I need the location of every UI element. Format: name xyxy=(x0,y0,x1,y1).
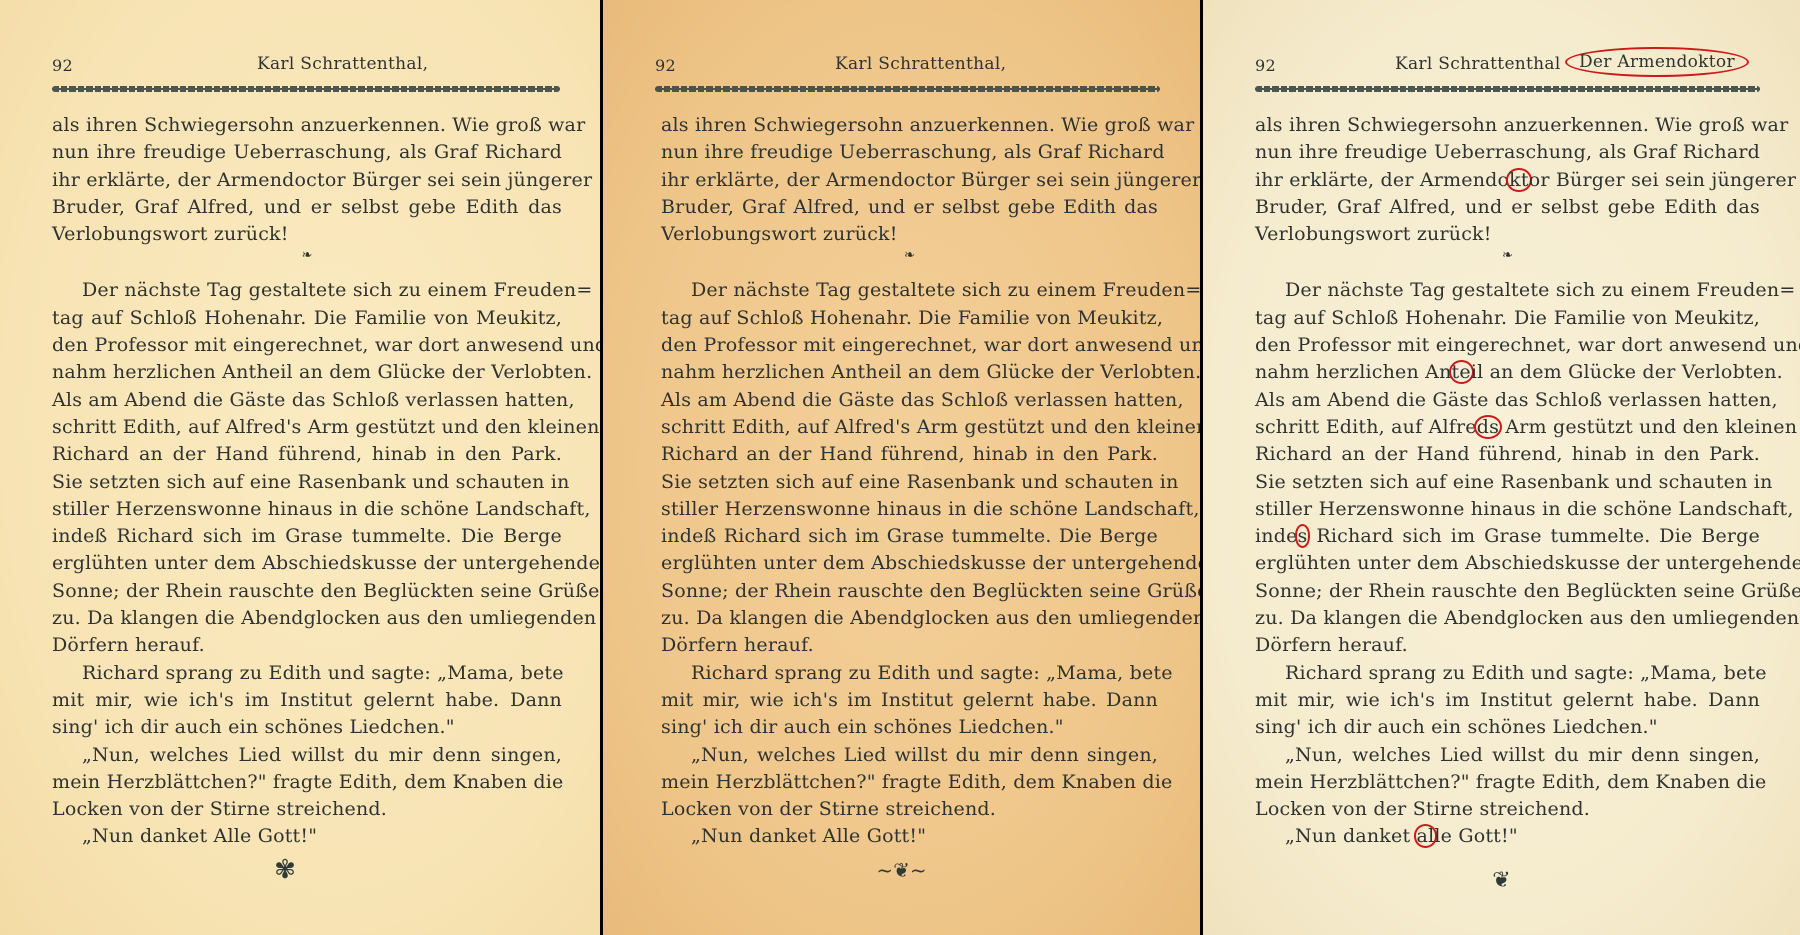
text-line: „Nun danket Alle Gott!" xyxy=(661,823,1158,850)
text-line: Dörfern herauf. xyxy=(52,632,562,659)
section-ornament-icon: ❧ xyxy=(52,248,562,268)
page-number: 92 xyxy=(52,56,73,75)
text-line: tag auf Schloß Hohenahr. Die Familie von… xyxy=(1255,305,1760,332)
text-line: indeß Richard sich im Grase tummelte. Di… xyxy=(661,523,1158,550)
text-line: Locken von der Stirne streichend. xyxy=(52,796,562,823)
text-line: mit mir, wie ich's im Institut gelernt h… xyxy=(1255,687,1760,714)
text-line: Der nächste Tag gestaltete sich zu einem… xyxy=(1255,277,1760,304)
page-panel-original: 92 Karl Schrattenthal, als ihren Schwieg… xyxy=(0,0,600,935)
text-line: Als am Abend die Gäste das Schloß verlas… xyxy=(661,387,1158,414)
text-line: den Professor mit eingerechnet, war dort… xyxy=(1255,332,1760,359)
text-segment: nahm herzlichen An xyxy=(1255,361,1452,383)
text-line: mein Herzblättchen?" fragte Edith, dem K… xyxy=(1255,769,1760,796)
text-segment: Arm gestützt und den kleinen xyxy=(1499,416,1797,438)
ornamental-rule xyxy=(1255,86,1760,92)
text-line: zu. Da klangen die Abendglocken aus den … xyxy=(661,605,1158,632)
page-header: 92 Karl Schrattenthal, xyxy=(655,52,1160,80)
text-segment: or Bürger sei sein jüngerer xyxy=(1529,169,1796,191)
text-line: Verlobungswort zurück! xyxy=(1255,221,1760,248)
text-line: Sonne; der Rhein rauschte den Beglückten… xyxy=(52,578,562,605)
text-line: mein Herzblättchen?" fragte Edith, dem K… xyxy=(661,769,1158,796)
page-panel-restored: 92 Karl Schrattenthal, als ihren Schwieg… xyxy=(603,0,1200,935)
tail-ornament-icon: ❦ xyxy=(1203,868,1800,893)
text-line: Richard an der Hand führend, hinab in de… xyxy=(661,441,1158,468)
text-line: Sonne; der Rhein rauschte den Beglückten… xyxy=(1255,578,1760,605)
text-line: mit mir, wie ich's im Institut gelernt h… xyxy=(661,687,1158,714)
text-line: Richard sprang zu Edith und sagte: „Mama… xyxy=(52,660,562,687)
text-line: Locken von der Stirne streichend. xyxy=(661,796,1158,823)
ornamental-rule xyxy=(52,86,560,92)
text-line: erglühten unter dem Abschiedskusse der u… xyxy=(661,550,1158,577)
text-line: schritt Edith, auf Alfred's Arm gestützt… xyxy=(661,414,1158,441)
text-line: Als am Abend die Gäste das Schloß verlas… xyxy=(52,387,562,414)
page-number: 92 xyxy=(1255,56,1276,75)
text-line: nun ihre freudige Ueberraschung, als Gra… xyxy=(52,139,562,166)
text-line: ihr erklärte, der Armendoktor Bürger sei… xyxy=(1255,167,1760,194)
text-segment: „Nun danket xyxy=(1285,825,1417,847)
text-line: tag auf Schloß Hohenahr. Die Familie von… xyxy=(52,305,562,332)
section-ornament-icon: ❧ xyxy=(661,248,1158,268)
text-line: Als am Abend die Gäste das Schloß verlas… xyxy=(1255,387,1760,414)
text-line: Sie setzten sich auf eine Rasenbank und … xyxy=(661,469,1158,496)
text-line: Bruder, Graf Alfred, und er selbst gebe … xyxy=(661,194,1158,221)
tail-ornament-icon: ✾ xyxy=(0,855,570,885)
page-body: als ihren Schwiegersohn anzuerkennen. Wi… xyxy=(52,112,562,851)
text-line: Richard sprang zu Edith und sagte: „Mama… xyxy=(1255,660,1760,687)
text-line: sing' ich dir auch ein schönes Liedchen.… xyxy=(1255,714,1760,741)
text-line: sing' ich dir auch ein schönes Liedchen.… xyxy=(52,714,562,741)
text-segment: inde xyxy=(1255,525,1298,547)
page-body: als ihren Schwiegersohn anzuerkennen. Wi… xyxy=(1255,112,1760,851)
text-line: sing' ich dir auch ein schönes Liedchen.… xyxy=(661,714,1158,741)
text-line: tag auf Schloß Hohenahr. Die Familie von… xyxy=(661,305,1158,332)
text-line: Dörfern herauf. xyxy=(661,632,1158,659)
text-line: den Professor mit eingerechnet, war dort… xyxy=(661,332,1158,359)
text-line: zu. Da klangen die Abendglocken aus den … xyxy=(1255,605,1760,632)
text-line: als ihren Schwiegersohn anzuerkennen. Wi… xyxy=(661,112,1158,139)
section-ornament-icon: ❧ xyxy=(1255,248,1760,268)
text-line: nun ihre freudige Ueberraschung, als Gra… xyxy=(1255,139,1760,166)
text-line: ihr erklärte, der Armendoctor Bürger sei… xyxy=(661,167,1158,194)
text-line: mein Herzblättchen?" fragte Edith, dem K… xyxy=(52,769,562,796)
text-line: Richard sprang zu Edith und sagte: „Mama… xyxy=(661,660,1158,687)
text-line: Der nächste Tag gestaltete sich zu einem… xyxy=(52,277,562,304)
text-line: „Nun, welches Lied willst du mir denn si… xyxy=(52,742,562,769)
page-body: als ihren Schwiegersohn anzuerkennen. Wi… xyxy=(661,112,1158,851)
text-line: Bruder, Graf Alfred, und er selbst gebe … xyxy=(1255,194,1760,221)
running-title-annotation: Der Armendoktor xyxy=(1565,47,1749,77)
text-segment: ihr erklärte, der Armendo xyxy=(1255,169,1509,191)
text-line: Verlobungswort zurück! xyxy=(661,221,1158,248)
text-line: Bruder, Graf Alfred, und er selbst gebe … xyxy=(52,194,562,221)
text-line: Verlobungswort zurück! xyxy=(52,221,562,248)
text-line: erglühten unter dem Abschiedskusse der u… xyxy=(52,550,562,577)
text-line: stiller Herzenswonne hinaus in die schön… xyxy=(52,496,562,523)
text-line: „Nun, welches Lied willst du mir denn si… xyxy=(661,742,1158,769)
running-title: Karl Schrattenthal, xyxy=(835,54,1006,74)
text-line: „Nun danket Alle Gott!" xyxy=(52,823,562,850)
page-header: 92 Karl Schrattenthal, xyxy=(52,52,560,80)
text-line: Dörfern herauf. xyxy=(1255,632,1760,659)
text-segment: il an dem Glücke der Verlobten. xyxy=(1471,361,1783,383)
text-line: nahm herzlichen Antheil an dem Glücke de… xyxy=(52,359,562,386)
ornamental-rule xyxy=(655,86,1160,92)
text-line: Locken von der Stirne streichend. xyxy=(1255,796,1760,823)
text-line: Sonne; der Rhein rauschte den Beglückten… xyxy=(661,578,1158,605)
text-line: nahm herzlichen Anteil an dem Glücke der… xyxy=(1255,359,1760,386)
running-title: Karl Schrattenthal xyxy=(1395,54,1561,74)
text-segment: schritt Edith, auf Alfre xyxy=(1255,416,1477,438)
text-line: nahm herzlichen Antheil an dem Glücke de… xyxy=(661,359,1158,386)
text-line: Sie setzten sich auf eine Rasenbank und … xyxy=(52,469,562,496)
text-line: mit mir, wie ich's im Institut gelernt h… xyxy=(52,687,562,714)
correction-mark: ds xyxy=(1474,415,1502,439)
text-line: Sie setzten sich auf eine Rasenbank und … xyxy=(1255,469,1760,496)
text-line: Der nächste Tag gestaltete sich zu einem… xyxy=(661,277,1158,304)
text-line: „Nun danket alle Gott!" xyxy=(1255,823,1760,850)
text-line: als ihren Schwiegersohn anzuerkennen. Wi… xyxy=(52,112,562,139)
page-panel-modernized: 92 Karl Schrattenthal Der Armendoktor al… xyxy=(1203,0,1800,935)
text-line: Richard an der Hand führend, hinab in de… xyxy=(52,441,562,468)
text-line: als ihren Schwiegersohn anzuerkennen. Wi… xyxy=(1255,112,1760,139)
text-line: „Nun, welches Lied willst du mir denn si… xyxy=(1255,742,1760,769)
text-line: indeß Richard sich im Grase tummelte. Di… xyxy=(52,523,562,550)
text-line: nun ihre freudige Ueberraschung, als Gra… xyxy=(661,139,1158,166)
text-line: schritt Edith, auf Alfreds Arm gestützt … xyxy=(1255,414,1760,441)
text-line: ihr erklärte, der Armendoctor Bürger sei… xyxy=(52,167,562,194)
text-line: zu. Da klangen die Abendglocken aus den … xyxy=(52,605,562,632)
text-line: erglühten unter dem Abschiedskusse der u… xyxy=(1255,550,1760,577)
text-line: schritt Edith, auf Alfred's Arm gestützt… xyxy=(52,414,562,441)
running-title: Karl Schrattenthal, xyxy=(257,54,428,74)
text-line: stiller Herzenswonne hinaus in die schön… xyxy=(661,496,1158,523)
text-line: stiller Herzenswonne hinaus in die schön… xyxy=(1255,496,1760,523)
page-header: 92 Karl Schrattenthal Der Armendoktor xyxy=(1255,52,1760,80)
text-segment: le Gott!" xyxy=(1434,825,1517,847)
text-line: indes Richard sich im Grase tummelte. Di… xyxy=(1255,523,1760,550)
page-number: 92 xyxy=(655,56,676,75)
text-segment: Richard sich im Grase tummelte. Die Berg… xyxy=(1307,525,1760,547)
text-line: den Professor mit eingerechnet, war dort… xyxy=(52,332,562,359)
text-line: Richard an der Hand führend, hinab in de… xyxy=(1255,441,1760,468)
tail-ornament-icon: ~❦~ xyxy=(603,858,1200,882)
